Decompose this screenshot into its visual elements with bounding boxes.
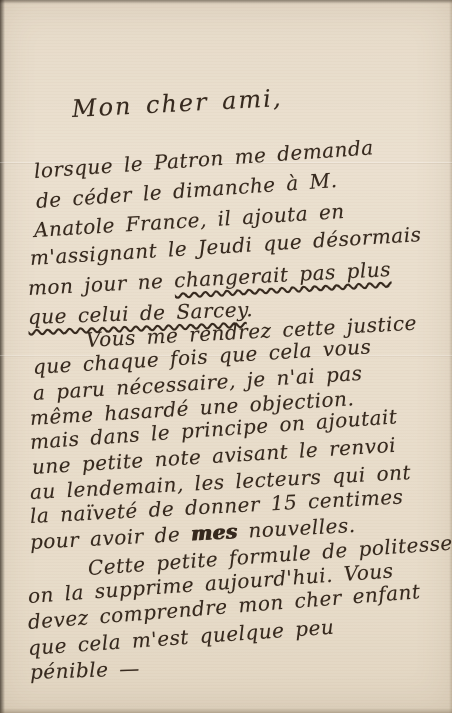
letter-page: Mon cher ami, lorsque le Patron me deman… bbox=[0, 0, 452, 713]
overwritten-word: mes bbox=[190, 519, 238, 545]
paper-edge-top bbox=[0, 0, 452, 4]
salutation: Mon cher ami, bbox=[71, 85, 283, 122]
letter-text: mon jour ne bbox=[27, 268, 174, 300]
letter-text: . bbox=[246, 297, 254, 321]
paper-edge-bottom bbox=[0, 708, 452, 713]
letter-line: pénible — bbox=[30, 657, 141, 683]
underlined-text: changerait pas plus bbox=[174, 257, 392, 292]
